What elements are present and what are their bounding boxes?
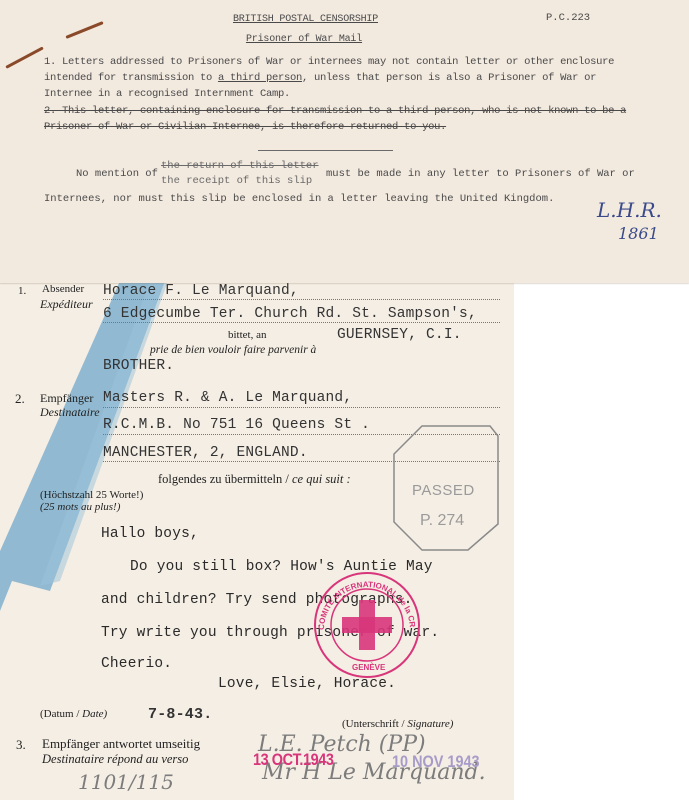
underlined-text: a third person xyxy=(218,72,302,84)
message-greeting: Hallo boys, xyxy=(101,526,199,542)
signature-label-de: (Unterschrift / xyxy=(342,718,405,730)
message-label-de: folgendes zu übermitteln / xyxy=(158,472,289,486)
prie-label: prie de bien vouloir faire parvenir à xyxy=(150,344,316,356)
recipient-address: R.C.M.B. No 751 16 Queens St . xyxy=(103,417,370,433)
paragraph-2-line-2: Prisoner of War or Civilian Internee, is… xyxy=(44,119,644,135)
sender-address: 6 Edgecumbe Ter. Church Rd. St. Sampson'… xyxy=(103,306,477,322)
text-span: intended for transmission to xyxy=(44,72,218,84)
message-label-fr: ce qui suit : xyxy=(292,472,351,486)
passed-censor-stamp: PASSED P. 274 xyxy=(390,422,500,554)
text-span: , unless that person is also a Prisoner … xyxy=(302,72,596,84)
recipient-number: 2. xyxy=(15,391,25,407)
message-label: folgendes zu übermitteln / ce qui suit : xyxy=(158,472,351,487)
divider-rule xyxy=(258,150,393,151)
censorship-slip: BRITISH POSTAL CENSORSHIP P.C.223 Prison… xyxy=(0,0,689,283)
recipient-name: Masters R. & A. Le Marquand, xyxy=(103,390,352,406)
passed-number: P. 274 xyxy=(420,512,464,530)
staple-mark xyxy=(65,21,103,39)
date-stamp-oct: 13 OCT.1943 xyxy=(253,750,333,770)
examiner-number: 1861 xyxy=(618,224,659,243)
dotted-line xyxy=(103,322,500,323)
passed-label: PASSED xyxy=(412,482,475,499)
slip-subheader: Prisoner of War Mail xyxy=(246,34,362,45)
sender-island: GUERNSEY, C.I. xyxy=(337,327,462,343)
reply-number: 3. xyxy=(16,737,26,753)
word-limit-fr: (25 mots au plus!) xyxy=(40,501,120,513)
signature-label: (Unterschrift / Signature) xyxy=(342,718,453,730)
notice-line-2: Internees, nor must this slip be enclose… xyxy=(44,193,554,205)
notice-suffix: must be made in any letter to Prisoners … xyxy=(326,168,635,180)
form-code: P.C.223 xyxy=(546,12,590,24)
recipient-city: MANCHESTER, 2, ENGLAND. xyxy=(103,445,308,461)
signature-label-fr: Signature) xyxy=(407,718,453,730)
notice-prefix: No mention of xyxy=(76,168,158,180)
paragraph-1: 1. Letters addressed to Prisoners of War… xyxy=(44,54,644,102)
paragraph-2-line-1: 2. This letter, containing enclosure for… xyxy=(44,103,644,119)
slip-header: BRITISH POSTAL CENSORSHIP xyxy=(233,14,378,25)
date-value: 7-8-43. xyxy=(148,706,212,723)
recipient-label-de: Empfänger xyxy=(40,391,93,406)
pencil-reference-number: 1101/115 xyxy=(78,770,174,794)
dotted-line xyxy=(103,299,500,300)
sender-number: 1. xyxy=(18,285,26,297)
reply-label-de: Empfänger antwortet umseitig xyxy=(42,736,200,752)
date-label-de: (Datum / xyxy=(40,708,79,720)
paragraph-1-line-2: intended for transmission to a third per… xyxy=(44,70,644,86)
red-cross-geneva-stamp: COMITÉ INTERNATIONAL de la CROIX GENÈVE xyxy=(312,570,422,680)
recipient-label-fr: Destinataire xyxy=(40,405,100,420)
date-label: (Datum / Date) xyxy=(40,708,107,720)
sender-relation: BROTHER. xyxy=(103,358,174,374)
dotted-line xyxy=(103,407,500,408)
paragraph-2-struck: 2. This letter, containing enclosure for… xyxy=(44,103,644,135)
staple-mark xyxy=(5,46,43,68)
notice-option-struck: the return of this letter xyxy=(161,160,319,172)
message-line-4: Cheerio. xyxy=(101,656,172,672)
word-limit-de: (Höchstzahl 25 Worte!) xyxy=(40,489,143,501)
paragraph-1-line-1: 1. Letters addressed to Prisoners of War… xyxy=(44,54,644,70)
examiner-initials: L.H.R. xyxy=(597,198,662,222)
sender-label-fr: Expéditeur xyxy=(40,297,93,312)
notice-option: the receipt of this slip xyxy=(161,175,312,187)
paragraph-1-line-3: Internee in a recognised Internment Camp… xyxy=(44,86,644,102)
reply-label-fr: Destinataire répond au verso xyxy=(42,752,188,767)
date-stamp-nov: 10 NOV 1943 xyxy=(392,752,480,772)
red-cross-icon: COMITÉ INTERNATIONAL de la CROIX GENÈVE xyxy=(312,570,422,680)
svg-text:GENÈVE: GENÈVE xyxy=(352,663,386,672)
sender-label-de: Absender xyxy=(42,283,84,295)
date-label-fr: Date) xyxy=(82,708,107,720)
bittet-label: bittet, an xyxy=(228,329,267,341)
sender-name: Horace F. Le Marquand, xyxy=(103,283,299,299)
